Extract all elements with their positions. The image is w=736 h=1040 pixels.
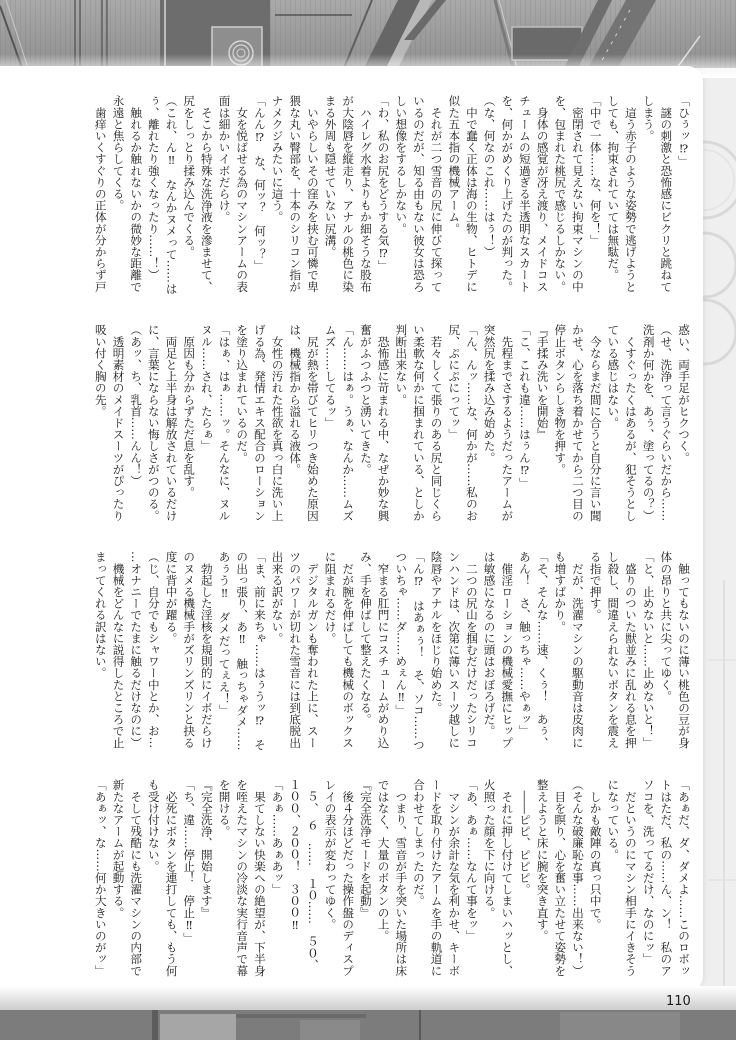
text-column: る指で押す。 xyxy=(586,551,604,751)
text-column: に、言葉にならない悔しさがつのる。 xyxy=(144,324,162,524)
text-column: 尻が熱を帯びてヒリつき始めた原因 xyxy=(303,324,321,524)
text-column: 「と、止めないと……止めないと！」 xyxy=(639,551,657,751)
text-column: ている感じはない。 xyxy=(604,324,622,524)
text-column: それに押し付けてしまいハッとし、 xyxy=(498,779,516,979)
text-column: 「ち、違……停止！ 停止‼」 xyxy=(180,779,198,979)
text-column: も増すばかり。 xyxy=(551,551,569,751)
text-column: 目を瞑り、心を奮い立たせて姿勢を xyxy=(551,779,569,979)
text-column: 「こ、これも違……はぅん⁉」 xyxy=(515,324,533,524)
text-column: ５、 ６ …… １０…… ５０、 xyxy=(303,779,321,979)
text-column: ソコを、洗ってるだけ、なのにッ」 xyxy=(639,779,657,979)
text-column: 尻をしっとり揉み込んでくる。 xyxy=(180,95,198,295)
text-column: 触ってもないのに薄い桃色の豆が身 xyxy=(674,551,692,751)
text-column: レイの表示が変わってゆく。 xyxy=(321,779,339,979)
text-column: に阻まれるだけ。 xyxy=(321,551,339,751)
text-column: 面は細かいイボだらけ。 xyxy=(215,95,233,295)
text-column: を、何かがめくり上げたのが判った。 xyxy=(498,95,516,295)
text-column: 中で蠢く正体は海の生物、ヒトデに xyxy=(462,95,480,295)
text-column: 出来る訳がない。 xyxy=(268,551,286,751)
text-column: 触れるか触れないかの微妙な距離で xyxy=(127,95,145,295)
text-column: 判断出来ない。 xyxy=(392,324,410,524)
text-column: 恐怖感に苛まれる中、なぜか妙な興 xyxy=(374,324,392,524)
text-column: が大陰唇を縦走り、アナルの桃色に染 xyxy=(339,95,357,295)
text-column: まる外周も隠せていない尻溝。 xyxy=(321,95,339,295)
text-column: ツのパワーが切れた雪音には到底脱出 xyxy=(286,551,304,751)
text-column: 猥な丸い臀部を、十本のシリコン指が xyxy=(286,95,304,295)
text-column: のヌメる機械手がズリンズリンと抉る xyxy=(180,551,198,751)
text-column: 「あぁだ、ダ、ダメよ……このロボッ xyxy=(674,779,692,979)
text-column: しかも敵陣の真っ只中で。 xyxy=(586,779,604,979)
text-column: 『完全洗浄、開始します』 xyxy=(197,779,215,979)
text-column: 若々しくて張りのある尻と同じくら xyxy=(427,324,445,524)
text-column: も受け付けない。 xyxy=(144,779,162,979)
text-column: 盛りのついた獣並みに乱れる息を押 xyxy=(621,551,639,751)
text-tier-2: 惑い、両手足がヒクつく。 （せ、洗浄って言うぐらいだから…… 洗剤か何かを、あぅ… xyxy=(91,324,692,524)
text-column: 窄まる肛門にコスチュームがめり込 xyxy=(374,551,392,751)
text-column: 密閉されて見えない拘束マシンの中 xyxy=(568,95,586,295)
text-column: （じ、自分でもシャワー中とか、お… xyxy=(144,551,162,751)
text-column: 「あ、あぁ……なんて事をッ」 xyxy=(462,779,480,979)
text-column: 惑い、両手足がヒクつく。 xyxy=(674,324,692,524)
text-column: 似た五本指の機械アーム。 xyxy=(445,95,463,295)
text-column: ヌル……され、たらぁ」 xyxy=(197,324,215,524)
text-column: 機械をどんなに説得したところで止 xyxy=(109,551,127,751)
text-column: 吸い付く胸の先。 xyxy=(91,324,109,524)
text-column: （せ、洗浄って言うぐらいだから…… xyxy=(657,324,675,524)
text-column: の出っ張り、あ‼ 触っちゃダメ…… xyxy=(233,551,251,751)
text-column: 身体の感覚が冴え渡り、メイドコス xyxy=(533,95,551,295)
text-column: 整えようと床に腕を突き直す。 xyxy=(533,779,551,979)
text-column: 新たなアームが起動する。 xyxy=(109,779,127,979)
text-column: 果てしない快楽への絶望が、下半身 xyxy=(250,779,268,979)
text-column: 「んん⁉ な、何ッ？ 何ッ？」 xyxy=(250,95,268,295)
text-column: 透明素材のメイドスーツがぴったり xyxy=(109,324,127,524)
text-column: ついちゃ……ダ……めぇん‼」 xyxy=(392,551,410,751)
text-column: 「あぁ……あぁあッ」 xyxy=(268,779,286,979)
text-column: だというのにマシン相手にイきそう xyxy=(621,779,639,979)
text-column: 二つの尻山を掴むだけだったシリコ xyxy=(462,551,480,751)
text-column: 停止ボタンらしき物を押す。 xyxy=(551,324,569,524)
text-column: だが、洗濯マシンの駆動音は皮肉に xyxy=(568,551,586,751)
text-column: 突然尻を揉み込み始めた。 xyxy=(480,324,498,524)
text-column: 「ん⁉ はあぁぅ！ そ、ソコ……つ xyxy=(409,551,427,751)
text-column: あぅう‼ ダメだってぇえ！」 xyxy=(215,551,233,751)
text-column: 『完全洗浄モードを起動』 xyxy=(356,779,374,979)
text-column: 「はぁ、はぁ……ッ。そんなに、ヌル xyxy=(215,324,233,524)
text-column: 「わ、私のお尻をどうする気⁉」 xyxy=(374,95,392,295)
text-column: し殺し、間違えられないボタンを震え xyxy=(604,551,622,751)
text-column: 「ん……はぁ。うぁ、なんか……ムズ xyxy=(339,324,357,524)
text-column: 「ひぅッ⁉」 xyxy=(674,95,692,295)
text-column: くすぐったくはあるが、犯そうとし xyxy=(621,324,639,524)
text-column: かせ、心を落ち着かせてから二つ目の xyxy=(568,324,586,524)
text-column: 必死にボタンを連打しても、もう何 xyxy=(162,779,180,979)
text-column: いやらしいその窪みを挟む可憐で卑 xyxy=(303,95,321,295)
text-column: 催淫ローションの機械愛撫にヒップ xyxy=(498,551,516,751)
text-column: 「ま、前に来ちゃ……はぅうッ⁉ そ xyxy=(250,551,268,751)
text-column: 「あぁッ、な……何か大きいのがッ」 xyxy=(91,779,109,979)
text-column: 尻、ぷにぷにってッ」 xyxy=(445,324,463,524)
text-column: 体の昂りと共に尖ってゆく。 xyxy=(657,551,675,751)
text-column: そこから特殊な洗浄液を滲ませて、 xyxy=(197,95,215,295)
text-column: ではなく、大量のボタンの上。 xyxy=(374,779,392,979)
text-column: は敏感になるのに頭はおぼろげだ。 xyxy=(480,551,498,751)
page-number: 110 xyxy=(666,994,691,1010)
text-column: を塗り込まれているのだ。 xyxy=(233,324,251,524)
text-column: 今ならまだ間に合うと自分に言い聞 xyxy=(586,324,604,524)
text-column: 両足と上半身は解放されているだけ xyxy=(162,324,180,524)
text-column: 後４分ほどだった操作盤のディスプ xyxy=(339,779,357,979)
text-column: を開ける。 xyxy=(215,779,233,979)
text-column: を、包まれた桃尻で感じるしかない。 xyxy=(551,95,569,295)
text-column: ードを取り付けたアームを手の軌道に xyxy=(427,779,445,979)
text-column: だが腕を伸ばしても機械のボックス xyxy=(339,551,357,751)
text-column: しい想像をするしかない。 xyxy=(392,95,410,295)
text-column: い柔軟な何かに掴まれている、としか xyxy=(409,324,427,524)
text-column: （これ、ん‼ なんかヌメって……は xyxy=(162,95,180,295)
text-tier-1: 「ひぅッ⁉」 謎の刺激と恐怖感にビクリと跳ねて しまう。 這う赤子のような姿勢で… xyxy=(91,95,692,295)
text-column: つまり、雪音が手を突いた場所は床 xyxy=(392,779,410,979)
text-column: まってくれる訳はない。 xyxy=(91,551,109,751)
text-column: 這う赤子のような姿勢で逃げようと xyxy=(621,95,639,295)
text-column: は、機械指から溢れる液体。 xyxy=(286,324,304,524)
text-column: マシンが余計な気を利かせ、キーボ xyxy=(445,779,463,979)
text-column: ンハンドは、次第に薄いスーツ越しに xyxy=(445,551,463,751)
text-column: ハイレグ水着よりもか細そうな股布 xyxy=(356,95,374,295)
text-column: を咥えたマシンの冷淡な実行音声で幕 xyxy=(233,779,251,979)
text-column: 永遠と焦らしてくる。 xyxy=(109,95,127,295)
text-tier-4: 「あぁだ、ダ、ダメよ……このロボッ トはただ、私の……ん、ン！ 私のア ソコを、… xyxy=(91,779,692,979)
text-column: になっている。 xyxy=(604,779,622,979)
text-column: 先程までさするようだったアームが xyxy=(498,324,516,524)
text-column: 「ん、んッ……な、何かが……私のお xyxy=(462,324,480,524)
text-column: （な、何なのこれ……はぅ！） xyxy=(480,95,498,295)
text-column: それが二つ雪音の尻に伸びて探って xyxy=(427,95,445,295)
text-column: 奮がふつふつと湧いてきた。 xyxy=(356,324,374,524)
top-fade xyxy=(0,54,736,78)
text-column: げる為、発情エキス配合のローション xyxy=(250,324,268,524)
text-column: 洗剤か何かを、あぅ、塗ってるの？） xyxy=(639,324,657,524)
text-column: ぅ、離れたり強くなったり……！） xyxy=(144,95,162,295)
text-column: 女性の汚れた性欲を真っ白に洗い上 xyxy=(268,324,286,524)
text-column: 「中で一体……な、何を！」 xyxy=(586,95,604,295)
text-column: あん！ さ、触っちゃ……やぁッ」 xyxy=(515,551,533,751)
text-column: み、手を伸ばして整えたくなる。 xyxy=(356,551,374,751)
text-column: 勃起した淫核を規則的にイボだらけ xyxy=(197,551,215,751)
text-column: しても、拘束されていては無駄だ。 xyxy=(604,95,622,295)
text-column: 合わせてしまったのだ。 xyxy=(409,779,427,979)
text-column: 火照った顔を下に向ける。 xyxy=(480,779,498,979)
text-column: デジタルガンも奪われた上に、スー xyxy=(303,551,321,751)
text-column: 陰唇やアナルをほじり始めた。 xyxy=(427,551,445,751)
text-column: （あッ、ち、乳首……んん！） xyxy=(127,324,145,524)
text-column: 原因も分からずただ息を乱す。 xyxy=(180,324,198,524)
text-column: トはただ、私の……ん、ン！ 私のア xyxy=(657,779,675,979)
text-column: …オナニーでたまに触るだけなのに） xyxy=(127,551,145,751)
text-column: ナメクジみたいに這う。 xyxy=(268,95,286,295)
text-column: 謎の刺激と恐怖感にビクリと跳ねて xyxy=(657,95,675,295)
text-column: １００、２００！ ３００‼ xyxy=(286,779,304,979)
text-column: 女を悦ばせる為のマシンアームの表 xyxy=(233,95,251,295)
text-column: 歯痒いくすぐりの正体が分からず戸 xyxy=(91,95,109,295)
text-column: 「そ、そんな……速、くぅ！ あぅ、 xyxy=(533,551,551,751)
text-tier-3: 触ってもないのに薄い桃色の豆が身 体の昂りと共に尖ってゆく。 「と、止めないと…… xyxy=(91,551,692,751)
bottom-fade xyxy=(0,986,736,1010)
text-column: チュームの短過ぎる半透明なスカート xyxy=(515,95,533,295)
text-column: 度に背中が躍る。 xyxy=(162,551,180,751)
text-column: そして残酷にも洗濯マシンの内部で xyxy=(127,779,145,979)
text-column: （そんな破廉恥な事……出来ない！） xyxy=(568,779,586,979)
text-column: ムズ……してるッ」 xyxy=(321,324,339,524)
text-column: いるのだが、知る由もない彼女は恐ろ xyxy=(409,95,427,295)
text-column: ――ピピ、ピピピ。 xyxy=(515,779,533,979)
text-column: しまう。 xyxy=(639,95,657,295)
text-column: 『手揉み洗いを開始』 xyxy=(533,324,551,524)
